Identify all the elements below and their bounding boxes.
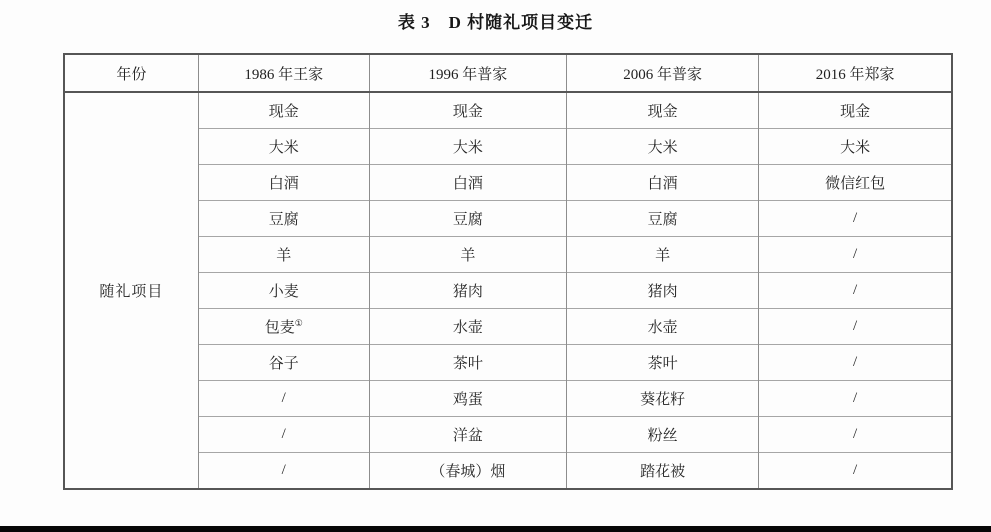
table-row: 包麦①水壶水壶/ [64,309,952,345]
document-page: 表 3 D 村随礼项目变迁 年份1986 年王家1996 年普家2006 年普家… [0,0,991,532]
table-cell: 羊 [198,237,369,273]
table-cell: （春城）烟 [369,453,566,490]
column-header-1: 1986 年王家 [198,54,369,92]
table-cell: / [759,453,952,490]
table-cell: 大米 [567,129,759,165]
table-cell: 粉丝 [567,417,759,453]
table-cell: / [759,237,952,273]
table-cell: / [759,273,952,309]
table-cell: / [198,453,369,490]
table-header: 年份1986 年王家1996 年普家2006 年普家2016 年郑家 [64,54,952,92]
table-row: 随礼项目现金现金现金现金 [64,92,952,129]
table-cell: 茶叶 [369,345,566,381]
gift-items-table: 年份1986 年王家1996 年普家2006 年普家2016 年郑家 随礼项目现… [63,53,953,490]
table-cell: 羊 [369,237,566,273]
table-cell: 现金 [369,92,566,129]
table-cell: 豆腐 [198,201,369,237]
table-cell: 谷子 [198,345,369,381]
table-cell: 白酒 [198,165,369,201]
table-cell: 微信红包 [759,165,952,201]
table-cell: 豆腐 [567,201,759,237]
table-cell: 包麦① [198,309,369,345]
table-row: 白酒白酒白酒微信红包 [64,165,952,201]
footnote-marker: ① [295,318,303,328]
table-cell: 白酒 [567,165,759,201]
column-header-2: 1996 年普家 [369,54,566,92]
table-body: 随礼项目现金现金现金现金大米大米大米大米白酒白酒白酒微信红包豆腐豆腐豆腐/羊羊羊… [64,92,952,489]
table-cell: 现金 [198,92,369,129]
table-cell: 大米 [759,129,952,165]
table-row: /鸡蛋葵花籽/ [64,381,952,417]
table-cell: 茶叶 [567,345,759,381]
table-cell: 猪肉 [567,273,759,309]
table-cell: 白酒 [369,165,566,201]
table-row: 羊羊羊/ [64,237,952,273]
table-cell: 羊 [567,237,759,273]
table-cell: 大米 [369,129,566,165]
table-cell: 现金 [567,92,759,129]
row-group-label: 随礼项目 [64,92,198,489]
table-cell: 鸡蛋 [369,381,566,417]
table-cell: 现金 [759,92,952,129]
table-cell: 小麦 [198,273,369,309]
table-row: 大米大米大米大米 [64,129,952,165]
table-row: 谷子茶叶茶叶/ [64,345,952,381]
table-cell: 踏花被 [567,453,759,490]
table-cell: / [759,417,952,453]
table-caption: 表 3 D 村随礼项目变迁 [0,8,991,33]
table-cell: / [759,345,952,381]
bottom-black-bar [0,526,991,532]
table-row: 豆腐豆腐豆腐/ [64,201,952,237]
column-header-4: 2016 年郑家 [759,54,952,92]
table-cell: 豆腐 [369,201,566,237]
table-cell: / [198,417,369,453]
table-cell: / [198,381,369,417]
table-row: /（春城）烟踏花被/ [64,453,952,490]
column-header-0: 年份 [64,54,198,92]
table-cell: 水壶 [567,309,759,345]
table-row: 小麦猪肉猪肉/ [64,273,952,309]
table-cell: 猪肉 [369,273,566,309]
table-cell: / [759,309,952,345]
table-cell: / [759,381,952,417]
table-cell: / [759,201,952,237]
table-cell: 葵花籽 [567,381,759,417]
header-row: 年份1986 年王家1996 年普家2006 年普家2016 年郑家 [64,54,952,92]
column-header-3: 2006 年普家 [567,54,759,92]
table-cell: 水壶 [369,309,566,345]
table-cell: 大米 [198,129,369,165]
table-row: /洋盆粉丝/ [64,417,952,453]
table-cell: 洋盆 [369,417,566,453]
